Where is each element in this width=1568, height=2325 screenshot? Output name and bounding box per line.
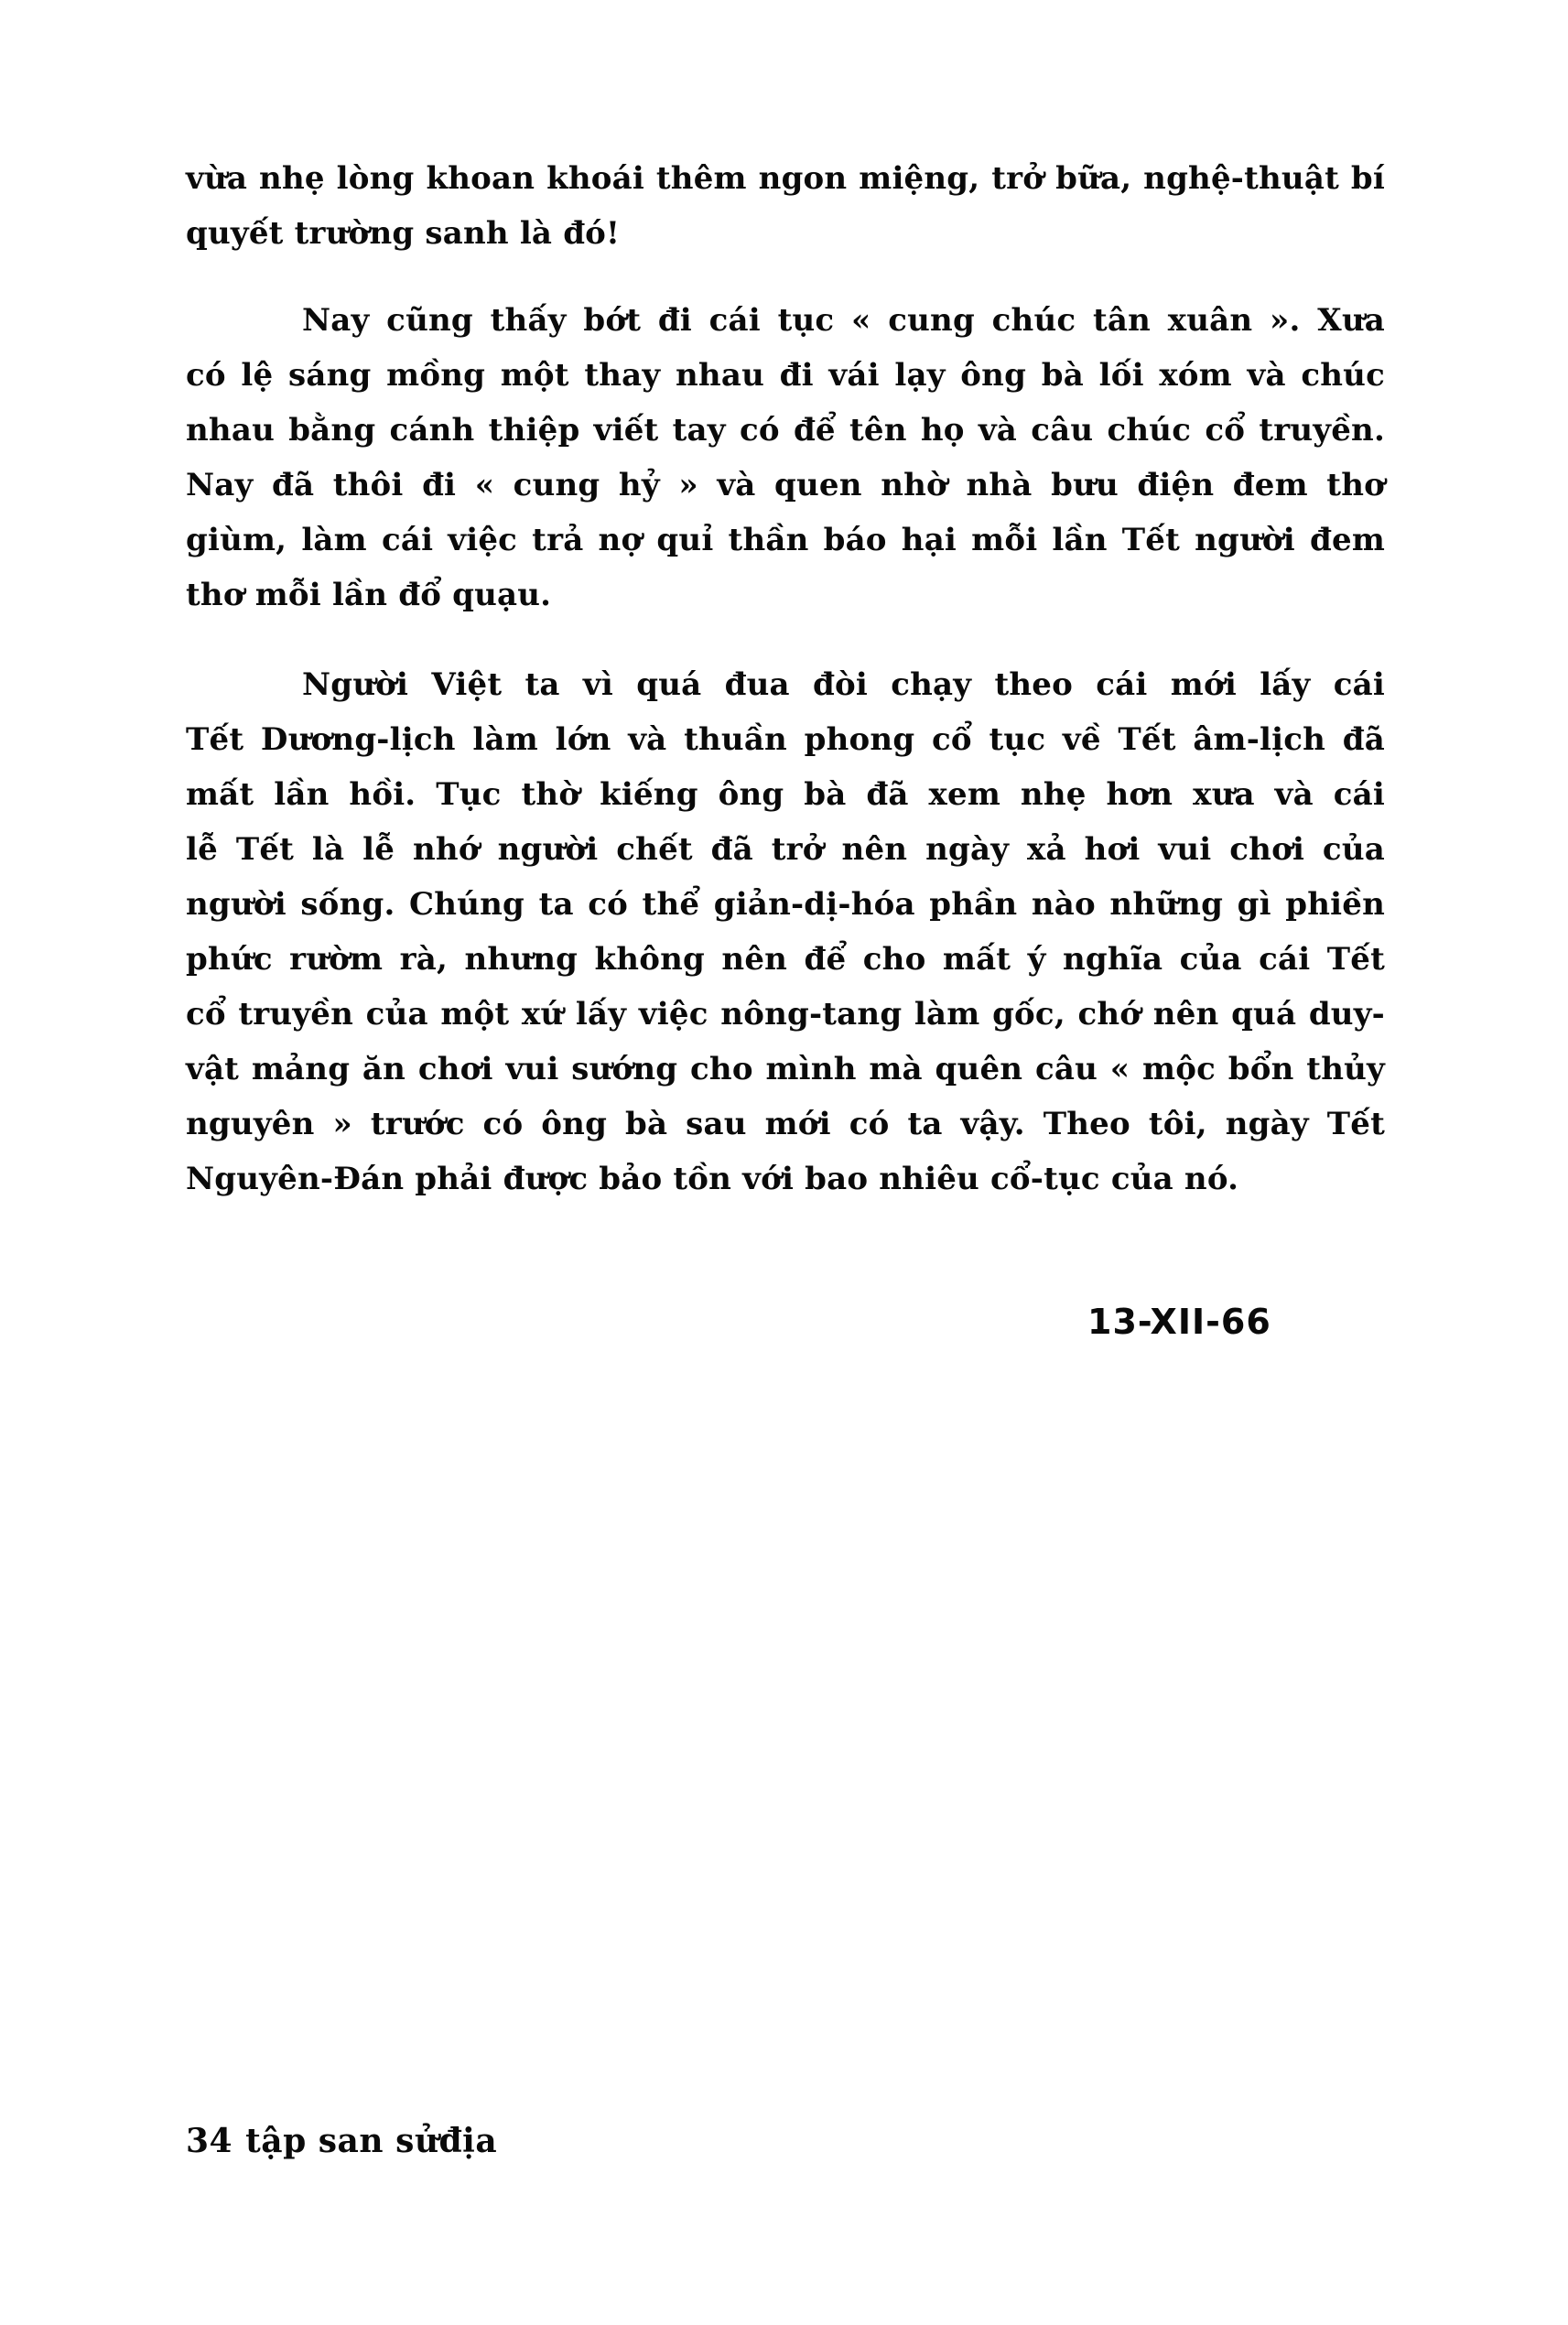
page-number: 34 [186,2122,232,2160]
paragraph-1: vừa nhẹ lòng khoan khoái thêm ngon miệng… [186,151,1385,261]
paragraph-2: Nay cũng thấy bớt đi cái tục « cung chúc… [186,293,1385,622]
text-line: giùm, làm cái việc trả nợ quỉ thần báo h… [186,513,1385,568]
text-line: Nay đã thôi đi « cung hỷ » và quen nhờ n… [186,458,1385,513]
text-line: quyết trường sanh là đó! [186,206,1385,261]
text-line: mất lần hồi. Tục thờ kiếng ông bà đã xem… [186,767,1385,822]
text-line: cổ truyền của một xứ lấy việc nông-tang … [186,987,1385,1042]
text-line: Tết Dương-lịch làm lớn và thuần phong cổ… [186,712,1385,767]
text-line: người sống. Chúng ta có thể giản-dị-hóa … [186,877,1385,932]
page-footer: 34tập san sửđịa [186,2122,497,2160]
text-line: Nay cũng thấy bớt đi cái tục « cung chúc… [186,293,1385,348]
text-line: Nguyên-Đán phải được bảo tồn với bao nhi… [186,1152,1385,1206]
text-line: thơ mỗi lần đổ quạu. [186,568,1385,622]
text-line: vật mảng ăn chơi vui sướng cho mình mà q… [186,1042,1385,1097]
text-line: nguyên » trước có ông bà sau mới có ta v… [186,1097,1385,1152]
paragraph-3: Người Việt ta vì quá đua đòi chạy theo c… [186,657,1385,1206]
text-line: có lệ sáng mồng một thay nhau đi vái lạy… [186,348,1385,403]
text-line: lễ Tết là lễ nhớ người chết đã trở nên n… [186,822,1385,877]
publication-name: tập san sửđịa [245,2122,497,2160]
document-page: vừa nhẹ lòng khoan khoái thêm ngon miệng… [186,0,1385,2325]
text-line: nhau bằng cánh thiệp viết tay có để tên … [186,403,1385,458]
text-line: Người Việt ta vì quá đua đòi chạy theo c… [186,657,1385,712]
text-line: phức rườm rà, nhưng không nên để cho mất… [186,932,1385,987]
dateline: 13-XII-66 [1087,1302,1271,1342]
text-line: vừa nhẹ lòng khoan khoái thêm ngon miệng… [186,151,1385,206]
